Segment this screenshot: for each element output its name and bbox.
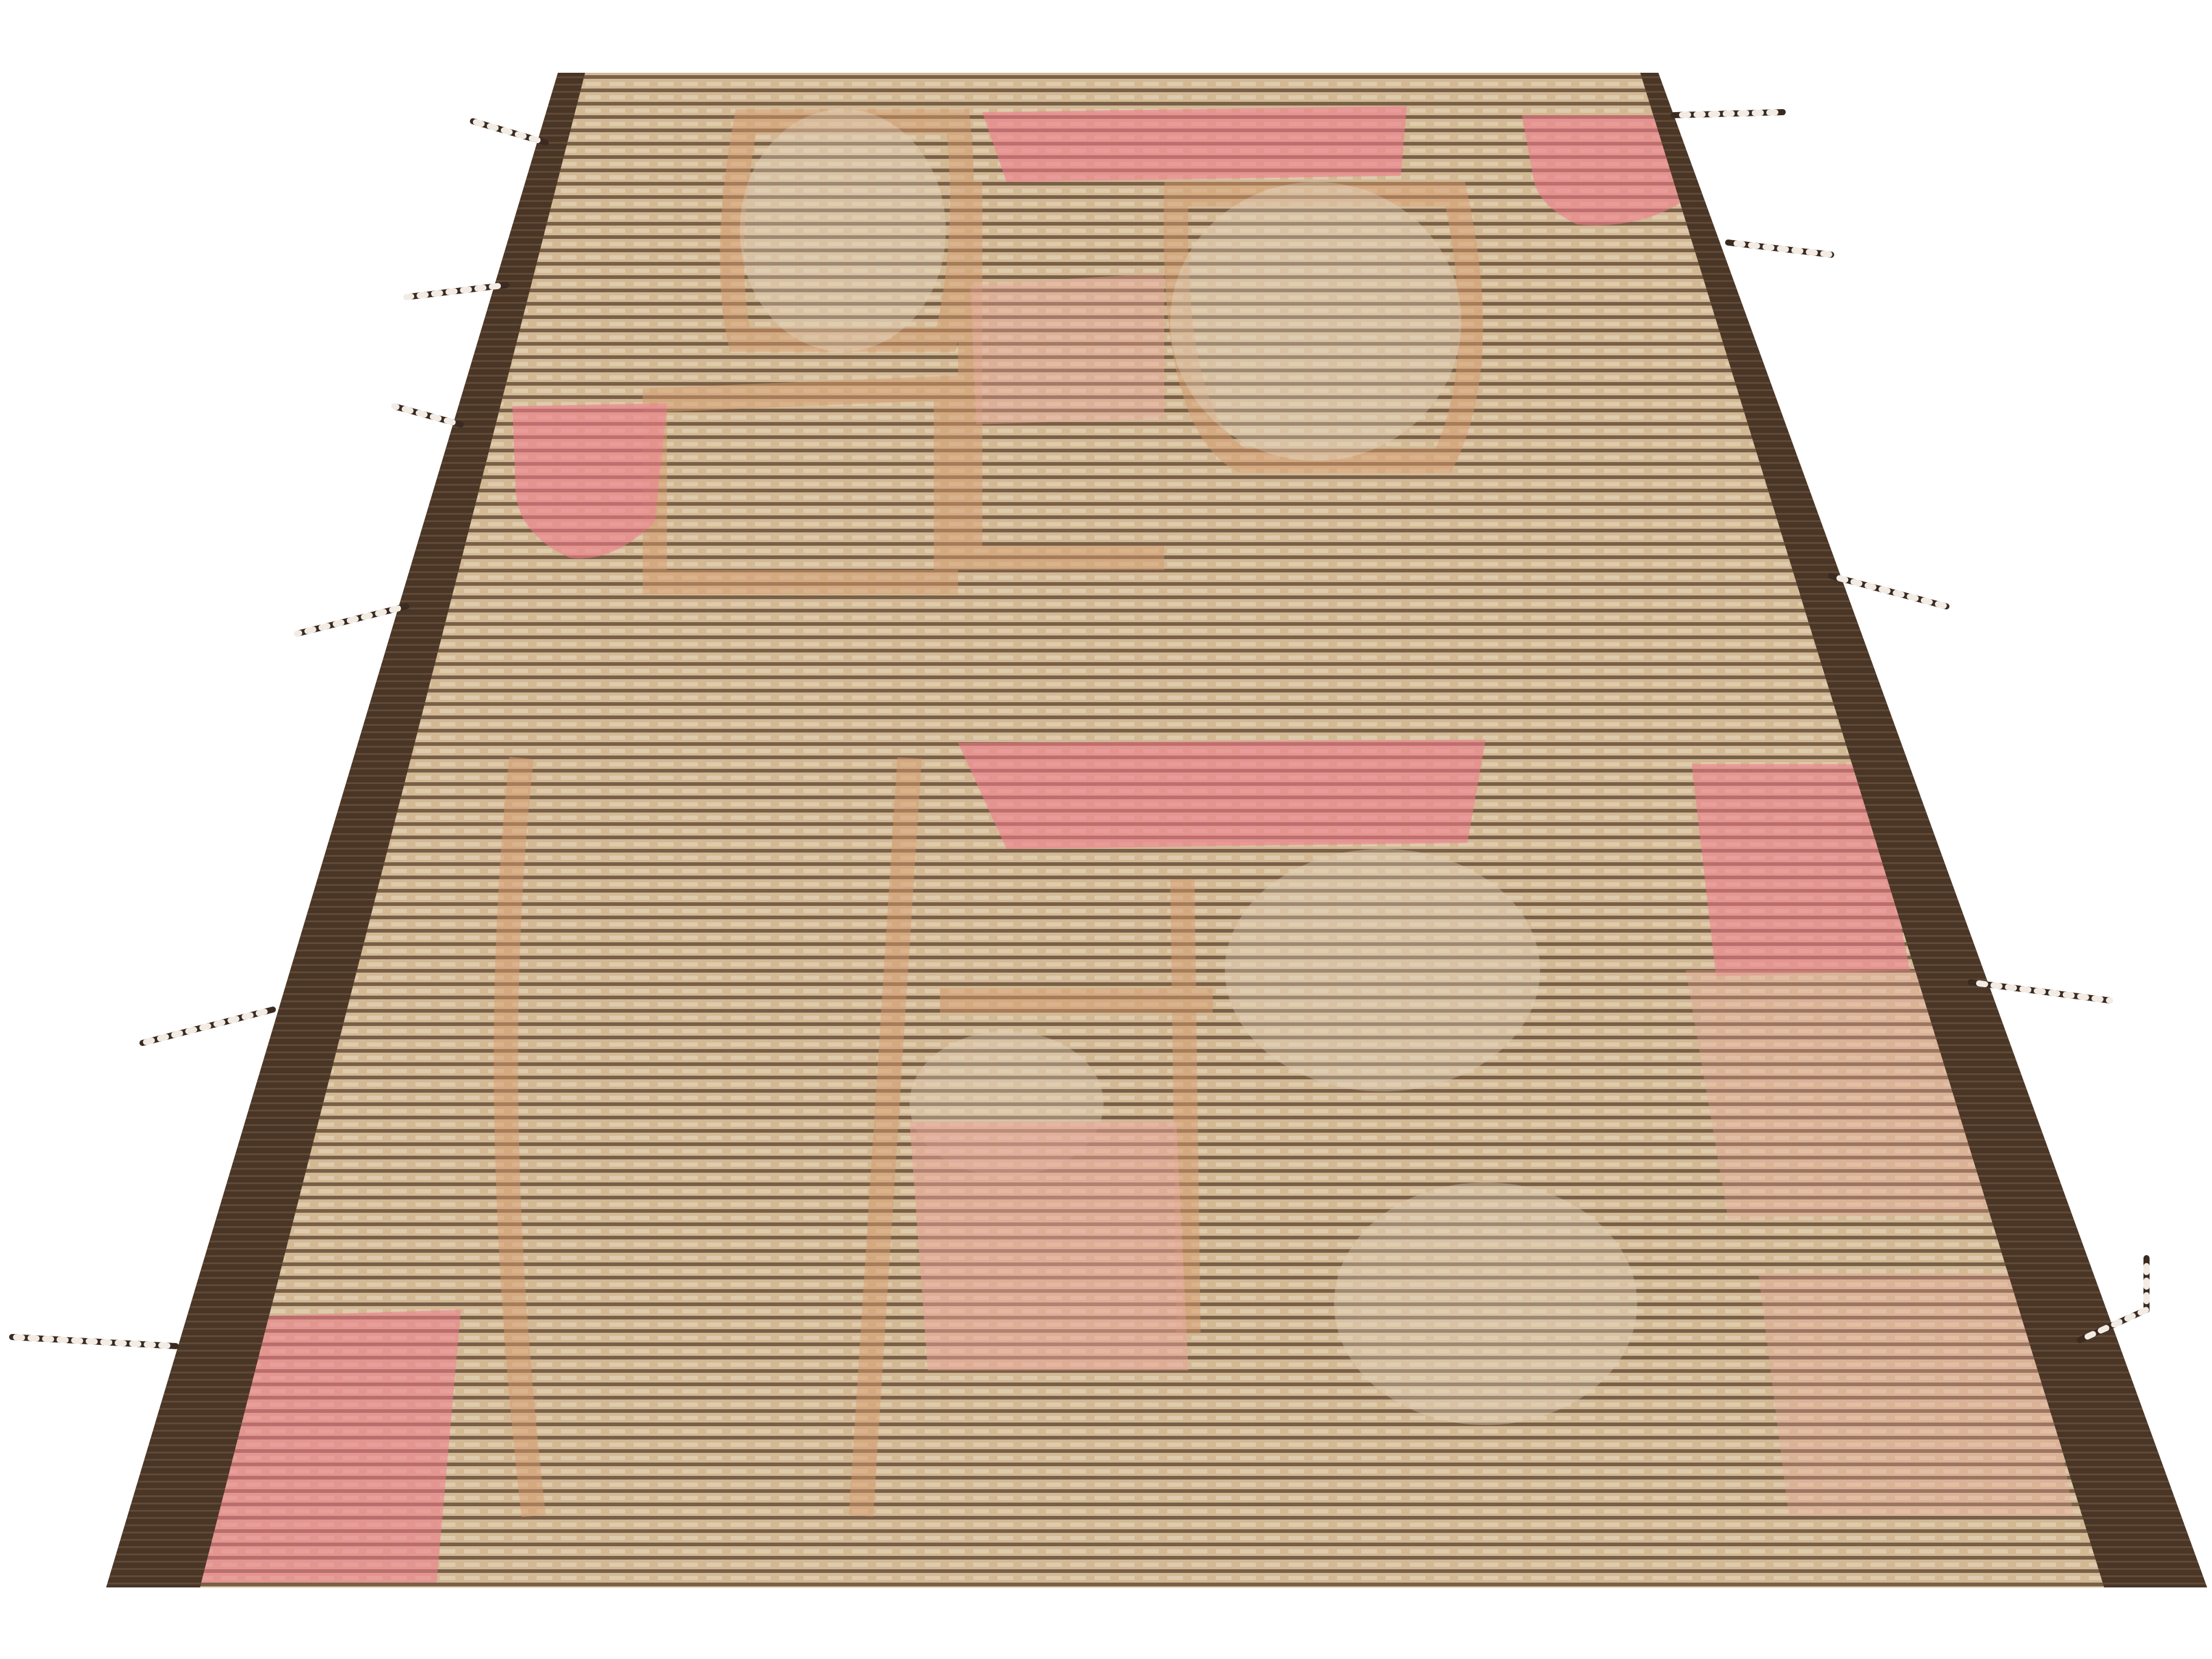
rug-illustration xyxy=(0,0,2212,1659)
product-photo xyxy=(0,0,2212,1659)
